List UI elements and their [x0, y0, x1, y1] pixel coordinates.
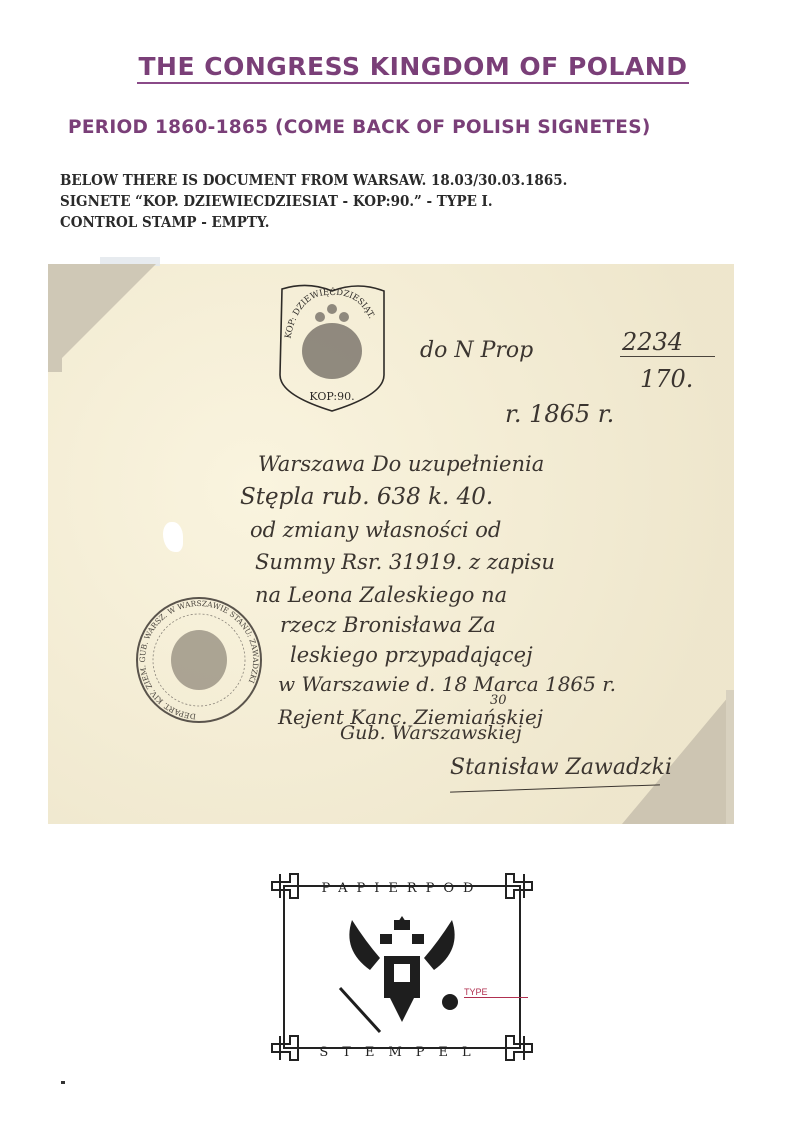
svg-text:STEMPEL: STEMPEL: [319, 1045, 484, 1060]
svg-text:KOP:90.: KOP:90.: [309, 390, 354, 403]
body-line-2: Stępla rub. 638 k. 40.: [240, 484, 493, 510]
type-label: TYPE: [464, 987, 528, 998]
description-block: BELOW THERE IS DOCUMENT FROM WARSAW. 18.…: [60, 170, 567, 233]
page-title-text: THE CONGRESS KINGDOM OF POLAND: [137, 52, 690, 84]
ref-number: 2234: [622, 328, 683, 356]
page-title: THE CONGRESS KINGDOM OF POLAND: [0, 52, 800, 81]
double-headed-eagle-icon: [340, 916, 458, 1032]
description-line-3: CONTROL STAMP - EMPTY.: [60, 212, 567, 233]
body-line-7: leskiego przypadającej: [290, 643, 533, 667]
ref-divider: [620, 356, 715, 357]
signature: Stanisław Zawadzki: [450, 755, 672, 780]
body-line-8: w Warszawie d. 18 Marca 1865 r.: [278, 672, 616, 696]
body-line-1: Warszawa Do uzupełnienia: [258, 452, 544, 476]
page-subtitle: PERIOD 1860-1865 (COME BACK OF POLISH SI…: [68, 117, 651, 138]
description-line-2: SIGNETE “KOP. DZIEWIECDZIESIAT - KOP:90.…: [60, 191, 567, 212]
body-line-11: Gub. Warszawskiej: [340, 722, 522, 744]
svg-text:PAPIERPOD: PAPIERPOD: [322, 881, 483, 896]
body-line-4: Summy Rsr. 31919. z zapisu: [255, 550, 555, 574]
ref-label: do N Prop: [420, 338, 533, 363]
body-line-5: na Leona Zaleskiego na: [255, 583, 507, 607]
signet-stamp: KOP: DZIEWIĘĆDZIESIĄT. KOP:90.: [268, 279, 396, 416]
control-stamp-frame: PAPIERPOD STEMPEL: [270, 872, 534, 1062]
round-seal: DEPART. KIV. ZIEM. GUB. WARSZ. W WARSZAW…: [133, 594, 265, 726]
year-line: r. 1865 r.: [505, 400, 614, 428]
body-line-3: od zmiany własności od: [250, 518, 501, 542]
ref-fraction: 170.: [640, 365, 693, 393]
stray-mark: [61, 1081, 65, 1084]
corner-mount-top-left: [48, 264, 156, 372]
body-line-6: rzecz Bronisława Za: [280, 613, 496, 637]
description-line-1: BELOW THERE IS DOCUMENT FROM WARSAW. 18.…: [60, 170, 567, 191]
